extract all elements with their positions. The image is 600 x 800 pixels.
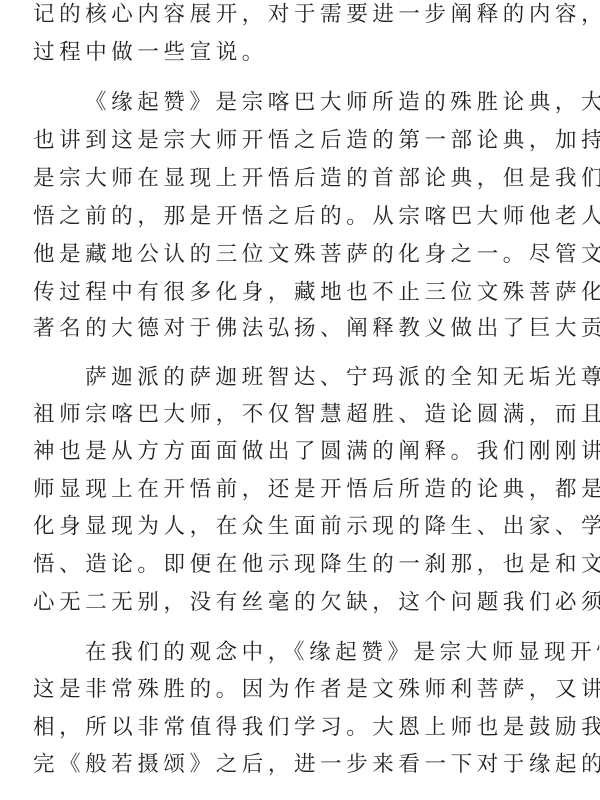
text-line: 这是非常殊胜的。因为作者是文殊师利菩萨，又讲到了一切万法的实 [33,675,557,705]
paragraph-first-line: 在我们的观念中，《缘起赞》是宗大师显现开悟之后所造的论典， [33,638,557,668]
text-line: 神也是从方方面面做出了圆满的阐释。我们刚刚讲了，不管宗喀巴大 [33,437,557,467]
text-line: 相，所以非常值得我们学习。大恩上师也是鼓励我们学习，我们在学 [33,713,557,743]
text-line: 祖师宗喀巴大师，不仅智慧超胜、造论圆满，而且对于佛法的修行精 [33,400,557,430]
text-line: 心无二无别，没有丝毫的欠缺，这个问题我们必须要清楚。 [33,588,557,618]
text-line: 他是藏地公认的三位文殊菩萨的化身之一。尽管文殊菩萨在佛法的流 [33,240,557,270]
text-line: 悟之前的，那是开悟之后的。从宗喀巴大师他老人家的真实身份来看， [33,202,557,232]
text-line: 化身显现为人，在众生面前示现的降生、出家、学习、苦行，最后开 [33,512,557,542]
text-line: 完《般若摄颂》之后，进一步来看一下对于缘起的安立。 [33,750,557,780]
text-line: 悟、造论。即便在他示现降生的一刹那，也是和文殊菩萨的智慧、悲 [33,550,557,580]
text-line: 记的核心内容展开，对于需要进一步阐释的内容，我们可以在辅导的 [33,0,557,30]
text-line: 著名的大德对于佛法弘扬、阐释教义做出了巨大贡献。 [33,314,557,344]
text-line: 传过程中有很多化身，藏地也不止三位文殊菩萨化身，但这三位非常 [33,278,557,308]
paragraph-first-line: 萨迦派的萨迦班智达、宁玛派的全知无垢光尊者和格鲁派的开宗 [33,363,557,393]
text-line: 也讲到这是宗大师开悟之后造的第一部论典，加持力非常大。虽然这 [33,126,557,156]
text-line: 是宗大师在显现上开悟后造的首部论典，但是我们也不要觉得这是开 [33,164,557,194]
text-line: 过程中做一些宣说。 [33,38,557,68]
paragraph-first-line: 《缘起赞》是宗喀巴大师所造的殊胜论典，大恩上师在讲记当中 [33,88,557,118]
text-line: 师显现上在开悟前，还是开悟后所造的论典，都是他作为文殊菩萨的 [33,475,557,505]
